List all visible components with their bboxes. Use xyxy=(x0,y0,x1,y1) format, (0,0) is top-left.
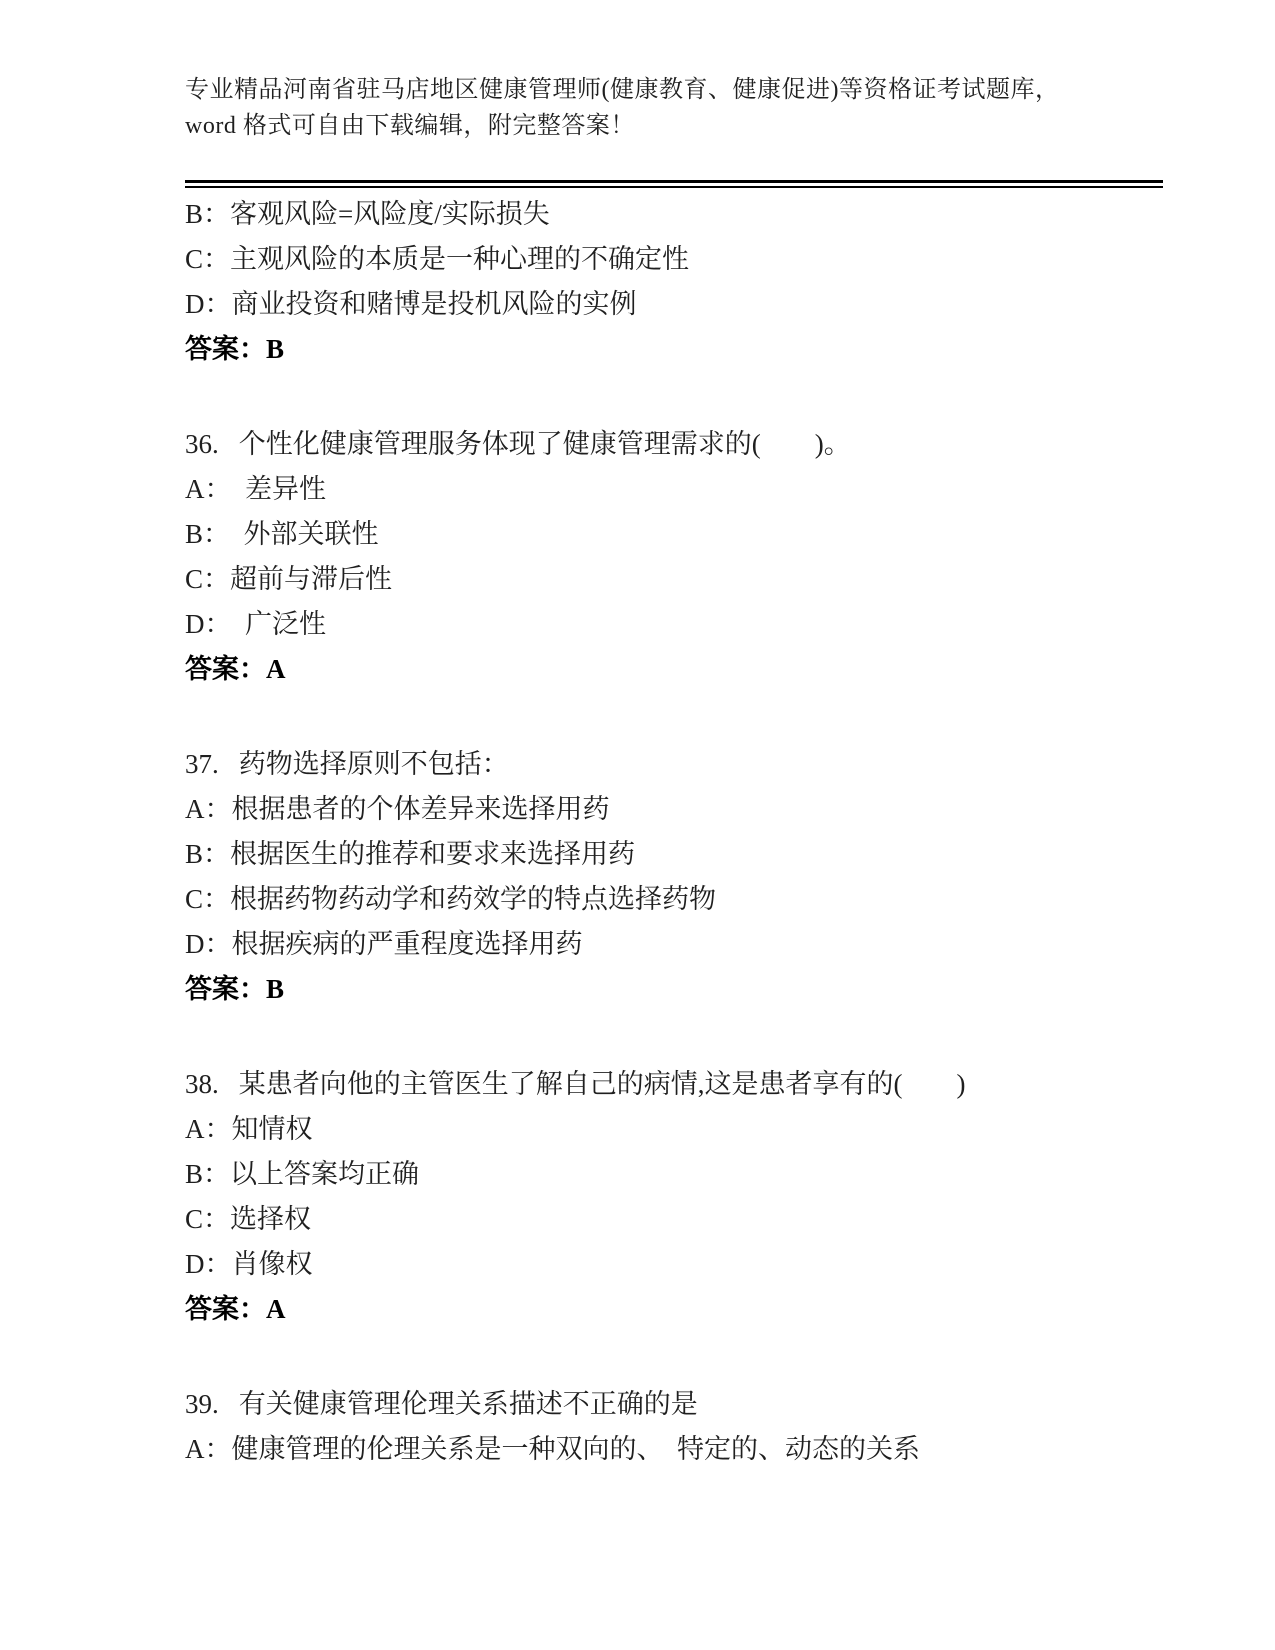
option-line: D：根据疾病的严重程度选择用药 xyxy=(185,922,1163,967)
document-header: 专业精品河南省驻马店地区健康管理师(健康教育、健康促进)等资格证考试题库， wo… xyxy=(185,72,1163,144)
option-line: D： 广泛性 xyxy=(185,602,1163,647)
question-block-38: 38.某患者向他的主管医生了解自己的病情,这是患者享有的( ) A：知情权 B：… xyxy=(185,1062,1163,1332)
option-line: B：根据医生的推荐和要求来选择用药 xyxy=(185,832,1163,877)
question-number: 39. xyxy=(185,1382,219,1427)
option-line: D：商业投资和赌博是投机风险的实例 xyxy=(185,282,1163,327)
option-line: C：选择权 xyxy=(185,1197,1163,1242)
question-stem: 38.某患者向他的主管医生了解自己的病情,这是患者享有的( ) xyxy=(185,1062,1163,1107)
header-line-2: word 格式可自由下载编辑，附完整答案！ xyxy=(185,108,1163,144)
option-line: C：根据药物药动学和药效学的特点选择药物 xyxy=(185,877,1163,922)
answer-line: 答案：B xyxy=(185,327,1163,372)
option-line: D：肖像权 xyxy=(185,1242,1163,1287)
option-line: A：根据患者的个体差异来选择用药 xyxy=(185,787,1163,832)
question-stem: 39.有关健康管理伦理关系描述不正确的是 xyxy=(185,1382,1163,1427)
question-block-39: 39.有关健康管理伦理关系描述不正确的是 A：健康管理的伦理关系是一种双向的、 … xyxy=(185,1382,1163,1472)
question-stem: 36.个性化健康管理服务体现了健康管理需求的( )。 xyxy=(185,422,1163,467)
answer-line: 答案：A xyxy=(185,647,1163,692)
question-stem: 37.药物选择原则不包括： xyxy=(185,742,1163,787)
question-text: 有关健康管理伦理关系描述不正确的是 xyxy=(239,1389,698,1419)
question-text: 个性化健康管理服务体现了健康管理需求的( )。 xyxy=(239,429,851,459)
answer-line: 答案：A xyxy=(185,1287,1163,1332)
option-line: A： 差异性 xyxy=(185,467,1163,512)
document-page: 专业精品河南省驻马店地区健康管理师(健康教育、健康促进)等资格证考试题库， wo… xyxy=(0,0,1275,1650)
question-number: 38. xyxy=(185,1062,219,1107)
option-line: B： 外部关联性 xyxy=(185,512,1163,557)
question-block-partial: B：客观风险=风险度/实际损失 C：主观风险的本质是一种心理的不确定性 D：商业… xyxy=(185,192,1163,372)
option-line: B：客观风险=风险度/实际损失 xyxy=(185,192,1163,237)
question-block-36: 36.个性化健康管理服务体现了健康管理需求的( )。 A： 差异性 B： 外部关… xyxy=(185,422,1163,692)
question-text: 某患者向他的主管医生了解自己的病情,这是患者享有的( ) xyxy=(239,1069,966,1099)
document-body: B：客观风险=风险度/实际损失 C：主观风险的本质是一种心理的不确定性 D：商业… xyxy=(185,192,1163,1472)
option-line: A：知情权 xyxy=(185,1107,1163,1152)
option-line: C：主观风险的本质是一种心理的不确定性 xyxy=(185,237,1163,282)
header-line-1: 专业精品河南省驻马店地区健康管理师(健康教育、健康促进)等资格证考试题库， xyxy=(185,72,1163,108)
option-line: C：超前与滞后性 xyxy=(185,557,1163,602)
option-line: B：以上答案均正确 xyxy=(185,1152,1163,1197)
question-number: 37. xyxy=(185,742,219,787)
answer-line: 答案：B xyxy=(185,967,1163,1012)
question-text: 药物选择原则不包括： xyxy=(239,749,509,779)
question-number: 36. xyxy=(185,422,219,467)
question-block-37: 37.药物选择原则不包括： A：根据患者的个体差异来选择用药 B：根据医生的推荐… xyxy=(185,742,1163,1012)
header-divider xyxy=(185,180,1163,188)
option-line: A：健康管理的伦理关系是一种双向的、 特定的、动态的关系 xyxy=(185,1427,1163,1472)
